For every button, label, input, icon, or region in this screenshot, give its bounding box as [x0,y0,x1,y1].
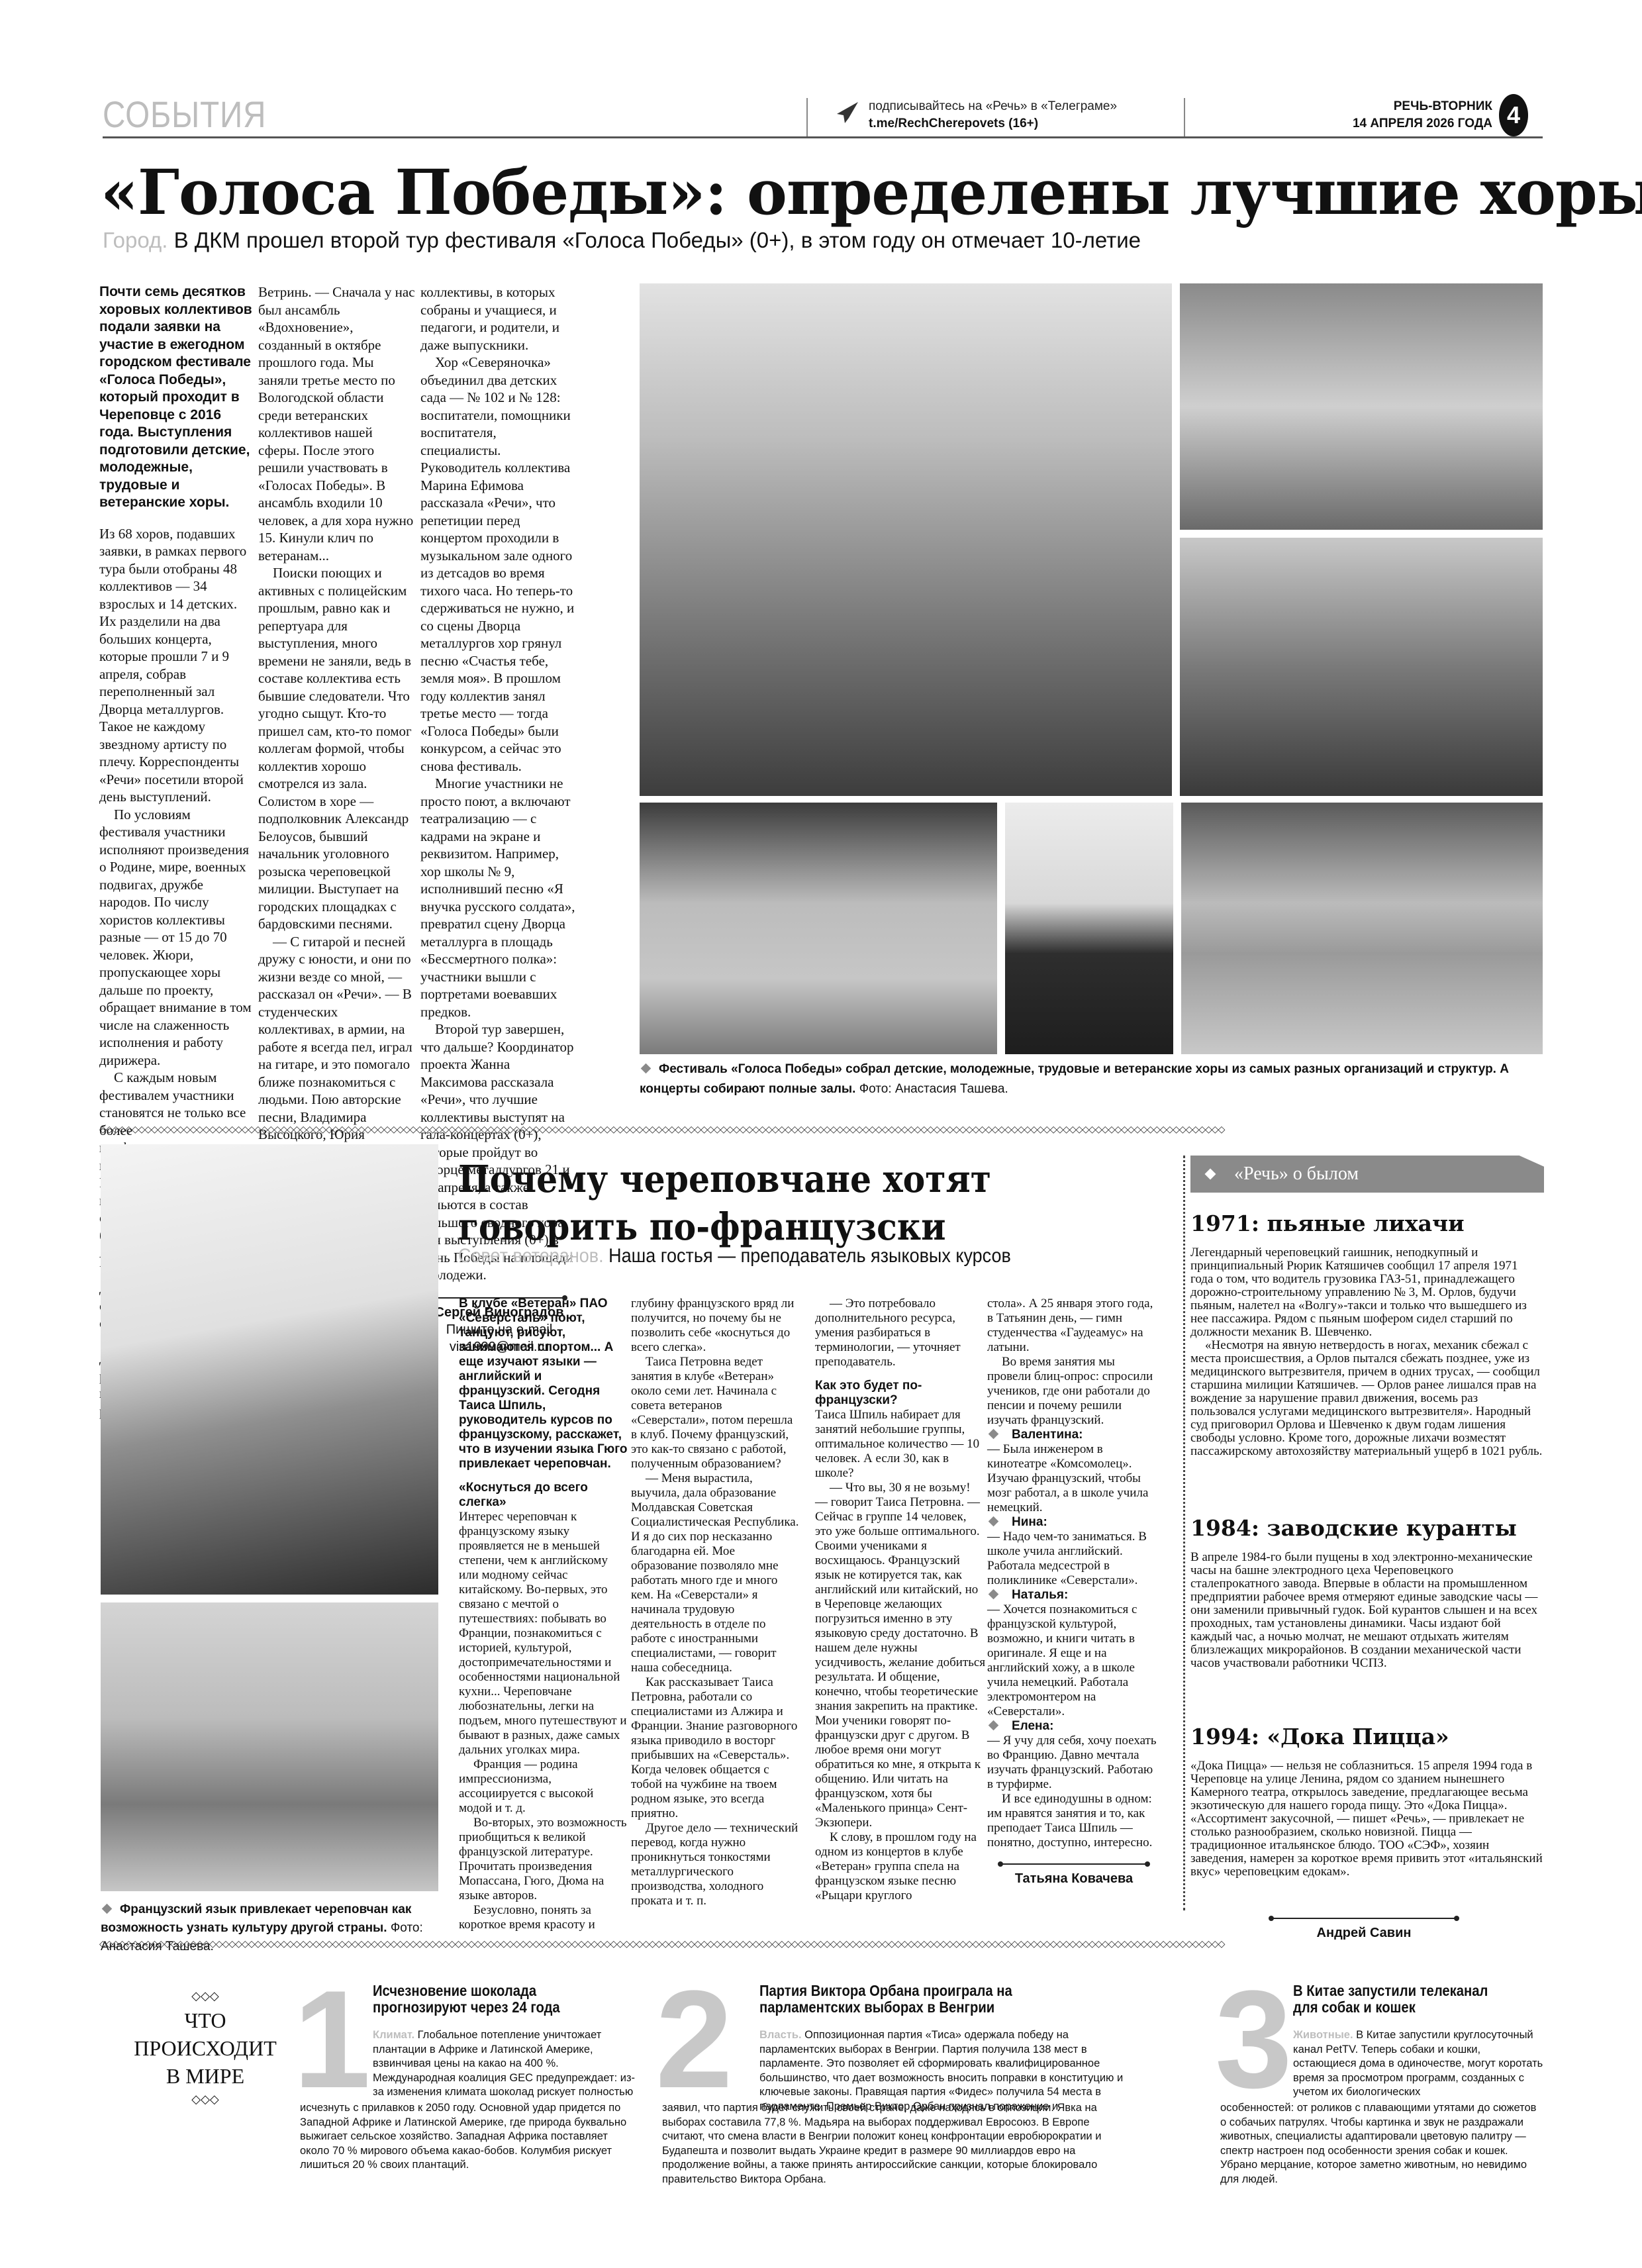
interview-answer: — Была инженером в кинотеатре «Комсомоле… [987,1442,1161,1515]
diamond-bullet-icon [989,1589,999,1600]
paragraph: Из 68 хоров, подавших заявки, в рамках п… [99,525,253,806]
paragraph: Как рассказывает Таиса Петровна, работал… [631,1675,802,1821]
news-number: 1 [293,1980,371,2099]
title-line: ПРОИСХОДИТ [132,2034,278,2062]
interview-speaker: Нина: [987,1515,1161,1530]
article2-kicker: Совет ветеранов. [458,1245,604,1267]
paragraph: коллективы, в которых собраны и учащиеся… [420,283,578,354]
news-number: 2 [655,1980,733,2099]
speaker-name: Нина: [1012,1515,1047,1529]
speaker-name: Валентина: [1012,1428,1083,1442]
article1-photo-caption: Фестиваль «Голоса Победы» собрал детские… [640,1060,1543,1099]
paragraph: Безусловно, понять за короткое время кра… [459,1903,630,1932]
title-line: ЧТО [132,2006,278,2034]
sidebar-byline: Андрей Савин [1258,1918,1470,1942]
paragraph: Ветринь. — Сначала у нас был ансамбль «В… [258,283,416,564]
news-body-top: Климат. Глобальное потепление уничтожает… [373,2028,638,2100]
header-rule [103,136,1543,138]
paragraph: стола». А 25 января этого года, в Татьян… [987,1297,1161,1355]
paragraph: Таиса Шпиль набирает для занятий небольш… [815,1408,986,1481]
interview-speaker: Валентина: [987,1428,1161,1442]
interview-speaker: Наталья: [987,1588,1161,1602]
paragraph: Во время занятия мы провели блиц-опрос: … [987,1355,1161,1428]
news-body-top: Животные. В Китае запустили круглосуточн… [1293,2028,1545,2100]
paragraph: «Несмотря на явную нетвердость в ногах, … [1190,1339,1543,1458]
article2-column-2: глубину французского вряд ли получится, … [631,1297,802,1908]
sidebar-item-1984: 1984: заводские куранты В апреле 1984-го… [1190,1515,1543,1670]
article2-column-4: стола». А 25 января этого года, в Татьян… [987,1297,1161,1887]
photo-classroom-students [101,1602,438,1891]
photo-soloist-singer [640,283,1172,796]
page-number: 4 [1499,94,1528,136]
news-body-bottom: заявил, что партия будет служить своей с… [662,2101,1132,2187]
article2-lead: В клубе «Ветеран» ПАО «Северсталь» поют,… [459,1297,630,1471]
news-kicker: Власть. [759,2029,802,2041]
photo-choir-white-shirts [640,803,997,1054]
header-divider [1184,98,1185,138]
sidebar-dotted-divider [1183,1156,1185,1910]
sidebar-item-1971: 1971: пьяные лихачи Легендарный черепове… [1190,1210,1543,1458]
article2-headline: Почему череповчане хотят говорить по-фра… [458,1156,1084,1251]
interview-answer: — Надо чем-то заниматься. В школе учила … [987,1530,1161,1588]
diamond-bullet-icon [641,1063,652,1074]
article1-headline: «Голоса Победы»: определены лучшие хоры [101,156,1642,229]
article2-column-3: — Это потребовало дополнительного ресурс… [815,1297,986,1903]
paragraph: Во-вторых, это возможность приобщиться к… [459,1816,630,1903]
news-headline: В Китае запустили телеканал для собак и … [1293,1983,1514,2016]
article2-subhead-text: Наша гостья — преподаватель языковых кур… [608,1245,1011,1267]
paragraph: — Меня вырастила, выучила, дала образова… [631,1471,802,1675]
article1-lead: Почти семь десятков хоровых коллективов … [99,283,253,512]
telegram-plane-icon [836,101,859,124]
news-headline: Исчезновение шоколада прогнозируют через… [373,1983,565,2016]
paragraph: глубину французского вряд ли получится, … [631,1297,802,1355]
article1-subhead: Город. В ДКМ прошел второй тур фестиваля… [103,228,1141,253]
news-text: Оппозиционная партия «Тиса» одержала поб… [759,2029,1123,2112]
byline-rule [1271,1918,1457,1919]
author-name: Татьяна Ковачева [987,1870,1161,1887]
sidebar-item-title: 1984: заводские куранты [1190,1515,1543,1542]
paragraph: И все единодушны в одном: им нравятся за… [987,1792,1161,1850]
article2-byline: Татьяна Ковачева [987,1863,1161,1887]
photo-credit: Фото: Анастасия Ташева. [859,1082,1008,1096]
interview-answer: — Я учу для себя, хочу поехать во Франци… [987,1734,1161,1792]
photo-audience-hall [1180,538,1543,796]
section-title: «Коснуться до всего слегка» [459,1481,630,1510]
diamonds-icon: ◇◇◇ [132,2090,278,2110]
diamonds-icon: ◇◇◇ [132,1987,278,2006]
paragraph: Поиски поющих и активных с полицейским п… [258,564,416,933]
telegram-subscribe-text: подписывайтесь на «Речь» в «Телеграме» [869,99,1117,114]
paragraph: Таиса Петровна ведет занятия в клубе «Ве… [631,1355,802,1471]
paragraph: — Что вы, 30 я не возьму! — говорит Таис… [815,1481,986,1830]
caption-text: Фестиваль «Голоса Победы» собрал детские… [640,1062,1509,1096]
news-headline: Партия Виктора Орбана проиграла на парла… [759,1983,1086,2016]
news-body-bottom: исчезнуть с прилавков к 2050 году. Основ… [300,2101,638,2173]
paragraph: Многие участники не просто поют, а включ… [420,775,578,1020]
diamond-divider: ◇◇◇◇◇◇◇◇◇◇◇◇◇◇◇◇◇◇◇◇◇◇◇◇◇◇◇◇◇◇◇◇◇◇◇◇◇◇◇◇… [99,1124,1543,1135]
paragraph: — Это потребовало дополнительного ресурс… [815,1297,986,1369]
article1-subhead-text: В ДКМ прошел второй тур фестиваля «Голос… [174,228,1141,252]
paragraph: Легендарный череповецкий гаишник, неподк… [1190,1246,1543,1339]
byline-rule [1000,1863,1147,1865]
news-kicker: Климат. [373,2029,414,2041]
paragraph: Франция — родина импрессионизма, ассоции… [459,1757,630,1816]
diamond-bullet-icon [989,1720,999,1731]
speaker-name: Елена: [1012,1719,1053,1733]
title-line: В МИРЕ [132,2062,278,2090]
issue-date: 14 АПРЕЛЯ 2026 ГОДА [1353,117,1492,131]
caption-text: Французский язык привлекает череповчан к… [101,1902,411,1935]
world-news-title: ◇◇◇ ЧТО ПРОИСХОДИТ В МИРЕ ◇◇◇ [132,1987,278,2110]
photo-choir-on-stage-wide [1181,803,1543,1054]
issue-name: РЕЧЬ-ВТОРНИК [1394,99,1492,114]
diamond-bullet-icon [989,1429,999,1440]
paragraph: Интерес череповчан к французскому языку … [459,1510,630,1757]
sidebar-banner: «Речь» о былом [1190,1156,1544,1193]
interview-speaker: Елена: [987,1719,1161,1734]
diamond-bullet-icon [102,1904,113,1914]
section-rubric: СОБЫТИЯ [103,93,266,136]
diamond-icon [1205,1169,1216,1180]
sidebar-item-title: 1994: «Дока Пицца» [1190,1724,1543,1750]
paragraph: Другое дело — технический перевод, когда… [631,1821,802,1908]
photo-teacher-at-whiteboard [101,1144,438,1595]
paragraph: К слову, в прошлом году на одном из конц… [815,1830,986,1903]
paragraph: Хор «Северяночка» объединил два детских … [420,354,578,775]
article2-subhead: Совет ветеранов. Наша гостья — преподава… [458,1245,1011,1267]
article1-kicker: Город. [103,228,168,252]
sidebar-banner-title: «Речь» о былом [1234,1163,1359,1185]
photo-police-veteran-soloist [1005,803,1173,1054]
article2-column-1: В клубе «Ветеран» ПАО «Северсталь» поют,… [459,1297,630,1932]
news-body-bottom: особенностей: от роликов с плавающими ут… [1220,2101,1545,2187]
diamond-bullet-icon [989,1516,999,1527]
sidebar-item-title: 1971: пьяные лихачи [1190,1210,1543,1237]
sidebar-item-1994: 1994: «Дока Пицца» «Дока Пицца» — нельзя… [1190,1724,1543,1879]
telegram-link[interactable]: t.me/RechCherepovets (16+) [869,117,1038,131]
paragraph: «Дока Пицца» — нельзя не соблазниться. 1… [1190,1759,1543,1879]
speaker-name: Наталья: [1012,1588,1068,1602]
paragraph: По условиям фестиваля участники исполняю… [99,806,253,1069]
header-divider [806,98,808,138]
paragraph: В апреле 1984-го были пущены в ход элект… [1190,1551,1543,1670]
photo-choir-men-women [1180,283,1543,530]
diamond-divider: ◇◇◇◇◇◇◇◇◇◇◇◇◇◇◇◇◇◇◇◇◇◇◇◇◇◇◇◇◇◇◇◇◇◇◇◇◇◇◇◇… [99,1939,1543,1949]
interview-answer: — Хочется познакомиться с французской ку… [987,1602,1161,1719]
news-number: 3 [1215,1980,1292,2099]
news-kicker: Животные. [1293,2029,1353,2041]
section-title: Как это будет по-французски? [815,1379,986,1408]
